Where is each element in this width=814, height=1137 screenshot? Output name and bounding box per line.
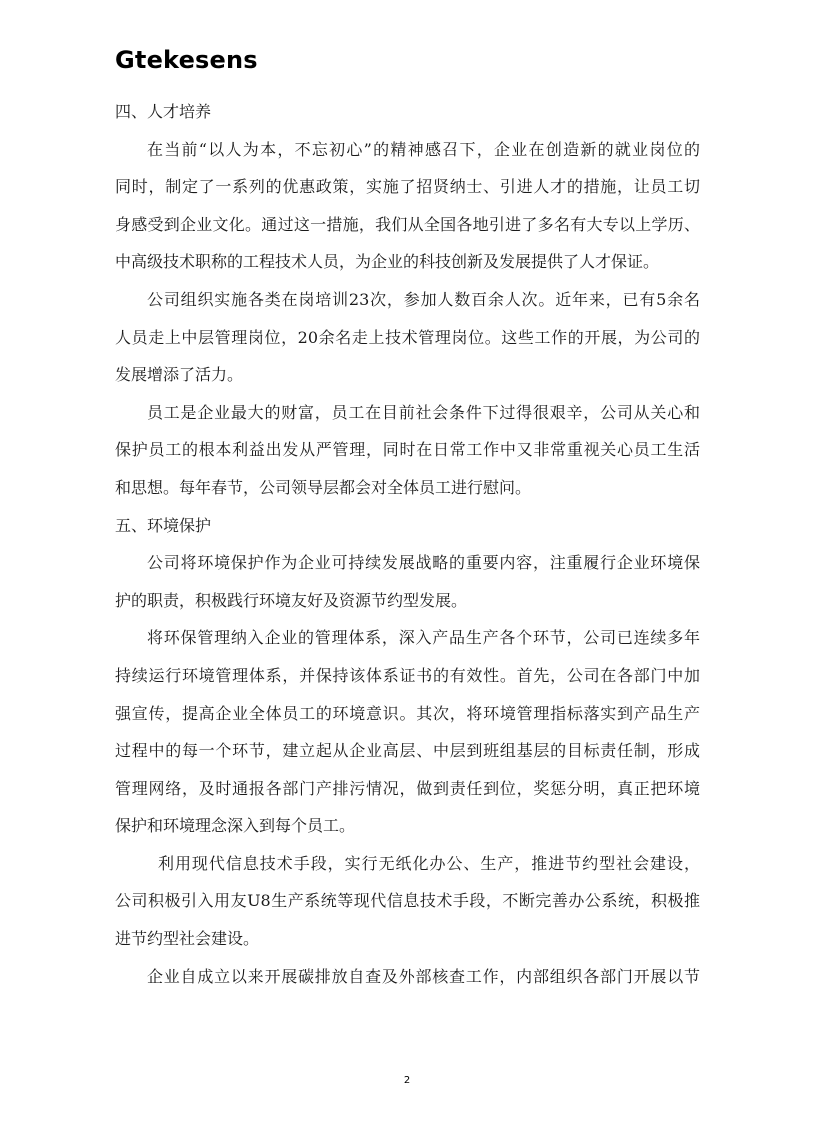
text-line: 公司积极引入用友U8生产系统等现代信息技术手段，不断完善办公系统，积极推: [115, 882, 700, 920]
text-line: 同时，制定了一系列的优惠政策，实施了招贤纳士、引进人才的措施，让员工切: [115, 168, 700, 206]
paragraph-paperless-office: 利用现代信息技术手段，实行无纸化办公、生产，推进节约型社会建设， 公司积极引入用…: [115, 845, 700, 958]
text-line: 在当前“以人为本，不忘初心”的精神感召下，企业在创造新的就业岗位的: [115, 131, 700, 169]
text-line: 护的职责，积极践行环境友好及资源节约型发展。: [115, 582, 700, 620]
text-line: 身感受到企业文化。通过这一措施，我们从全国各地引进了多名有大专以上学历、: [115, 206, 700, 244]
paragraph-carbon-emissions: 企业自成立以来开展碳排放自查及外部核查工作，内部组织各部门开展以节: [115, 958, 700, 996]
text-line: 公司将环境保护作为企业可持续发展战略的重要内容，注重履行企业环境保: [115, 544, 700, 582]
text-line: 将环保管理纳入企业的管理体系，深入产品生产各个环节，公司已连续多年: [115, 619, 700, 657]
text-line: 中高级技术职称的工程技术人员，为企业的科技创新及发展提供了人才保证。: [115, 243, 700, 281]
text-line: 企业自成立以来开展碳排放自查及外部核查工作，内部组织各部门开展以节: [115, 958, 700, 996]
text-line: 员工是企业最大的财富，员工在目前社会条件下过得很艰辛，公司从关心和: [115, 394, 700, 432]
paragraph-environment-strategy: 公司将环境保护作为企业可持续发展战略的重要内容，注重履行企业环境保 护的职责，积…: [115, 544, 700, 619]
text-line: 保护和环境理念深入到每个员工。: [115, 807, 700, 845]
text-line: 持续运行环境管理体系，并保持该体系证书的有效性。首先，公司在各部门中加: [115, 657, 700, 695]
section-heading-talent: 四、人才培养: [115, 93, 700, 131]
text-line: 人员走上中层管理岗位，20余名走上技术管理岗位。这些工作的开展，为公司的: [115, 319, 700, 357]
text-line: 发展增添了活力。: [115, 356, 700, 394]
text-line: 利用现代信息技术手段，实行无纸化办公、生产，推进节约型社会建设，: [115, 845, 700, 883]
page-number: 2: [0, 1075, 814, 1086]
section-heading-environment: 五、环境保护: [115, 507, 700, 545]
text-line: 管理网络，及时通报各部门产排污情况，做到责任到位，奖惩分明，真正把环境: [115, 770, 700, 808]
text-line: 强宣传，提高企业全体员工的环境意识。其次，将环境管理指标落实到产品生产: [115, 695, 700, 733]
text-line: 保护员工的根本利益出发从严管理，同时在日常工作中又非常重视关心员工生活: [115, 431, 700, 469]
text-line: 和思想。每年春节，公司领导层都会对全体员工进行慰问。: [115, 469, 700, 507]
paragraph-talent-policy: 在当前“以人为本，不忘初心”的精神感召下，企业在创造新的就业岗位的 同时，制定了…: [115, 131, 700, 281]
text-line: 公司组织实施各类在岗培训23次，参加人数百余人次。近年来，已有5余名: [115, 281, 700, 319]
text-line: 过程中的每一个环节，建立起从企业高层、中层到班组基层的目标责任制，形成: [115, 732, 700, 770]
document-body: 四、人才培养 在当前“以人为本，不忘初心”的精神感召下，企业在创造新的就业岗位的…: [115, 93, 700, 995]
page-header-title: Gtekesens: [115, 46, 258, 74]
paragraph-environment-management: 将环保管理纳入企业的管理体系，深入产品生产各个环节，公司已连续多年 持续运行环境…: [115, 619, 700, 845]
paragraph-employee-care: 员工是企业最大的财富，员工在目前社会条件下过得很艰辛，公司从关心和 保护员工的根…: [115, 394, 700, 507]
text-line: 进节约型社会建设。: [115, 920, 700, 958]
paragraph-training: 公司组织实施各类在岗培训23次，参加人数百余人次。近年来，已有5余名 人员走上中…: [115, 281, 700, 394]
